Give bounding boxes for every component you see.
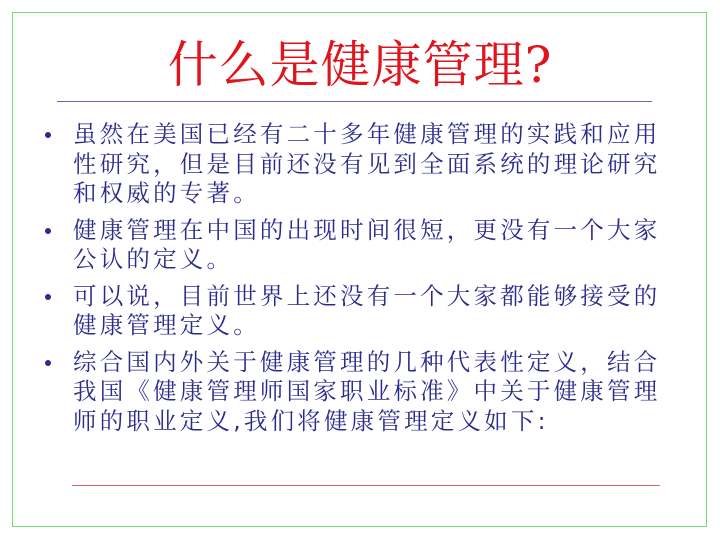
bullet-dot-icon xyxy=(45,132,51,138)
bullet-dot-icon xyxy=(45,360,51,366)
bullet-item: 健康管理在中国的出现时间很短，更没有一个大家公认的定义。 xyxy=(40,216,680,275)
footer-divider xyxy=(72,485,660,486)
bullet-item: 虽然在美国已经有二十多年健康管理的实践和应用性研究，但是目前还没有见到全面系统的… xyxy=(40,120,680,209)
bullet-dot-icon xyxy=(45,294,51,300)
bullet-text: 综合国内外关于健康管理的几种代表性定义，结合我国《健康管理师国家职业标准》中关于… xyxy=(73,348,673,437)
bullet-text: 健康管理在中国的出现时间很短，更没有一个大家公认的定义。 xyxy=(73,216,673,275)
bullet-text: 可以说，目前世界上还没有一个大家都能够接受的健康管理定义。 xyxy=(73,282,673,341)
bullet-dot-icon xyxy=(45,228,51,234)
slide-title: 什么是健康管理? xyxy=(0,34,720,96)
bullet-item: 可以说，目前世界上还没有一个大家都能够接受的健康管理定义。 xyxy=(40,282,680,341)
bullet-list: 虽然在美国已经有二十多年健康管理的实践和应用性研究，但是目前还没有见到全面系统的… xyxy=(40,120,680,443)
bullet-text: 虽然在美国已经有二十多年健康管理的实践和应用性研究，但是目前还没有见到全面系统的… xyxy=(73,120,673,209)
bullet-item: 综合国内外关于健康管理的几种代表性定义，结合我国《健康管理师国家职业标准》中关于… xyxy=(40,348,680,437)
title-divider xyxy=(57,101,652,102)
